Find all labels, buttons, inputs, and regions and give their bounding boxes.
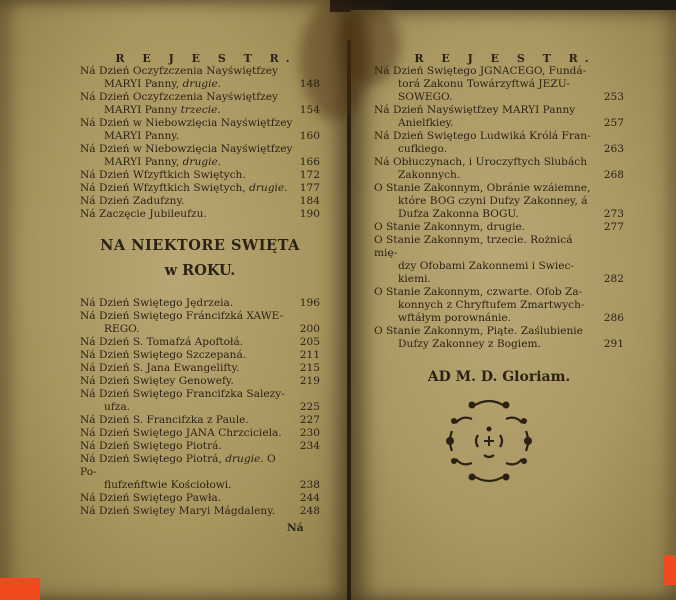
entry-ordinal: drugie. [225,453,263,465]
entry-title-line: cufkiego. [374,143,598,156]
page-number: 253 [598,91,624,104]
entry-title-line: Ná Dzień w Niebowzięcia Nayświętfzey [80,117,294,130]
toc-list: Ná Dzień Swiętego JGNACEGO, Fundá-torá Z… [374,65,624,351]
toc-entry: Ná Dzień w Niebowzięcia NayświętfzeyMARY… [80,117,320,143]
toc-entry: Ná Dzień w Niebowzięcia NayświętfzeyMARY… [80,143,320,169]
page-number: 268 [598,169,624,182]
tab-marker-left [0,578,40,600]
page-number: 263 [598,143,624,156]
entry-title-line: torá Zakonu Towárzyftwá JEZU- [374,78,598,91]
entry-title-line: O Stanie Zakonnym, czwarte. Ofob Za- [374,286,598,299]
tab-marker-right [664,555,676,585]
entry-title-line: Ná Dzień Swiętego Piotrá. [80,440,294,453]
toc-entry: Ná Dzień Swiętey Maryi Mágdaleny.248 [80,505,320,518]
entry-title-line: MARYI Panny trzecie. [80,104,294,117]
page-number: 211 [294,349,320,362]
toc-entry: Ná Dzień Nayświętfzey MARYI PannyAnielfk… [374,104,624,130]
page-number: 148 [294,78,320,91]
toc-entry: Ná Zaczęcie Jubileufzu.190 [80,208,320,221]
entry-title-line: Ná Dzień Swiętego Pawła. [80,492,294,505]
entry-title-line: Ná Dzień S. Francifzka z Paule. [80,414,294,427]
page-number: 166 [294,156,320,169]
toc-entry: Ná Dzień Wfzyftkich Swiętych, drugie.177 [80,182,320,195]
entry-title-line: SOWEGO. [374,91,598,104]
toc-entry: O Stanie Zakonnym, Obránie wzáiemne,któr… [374,182,624,221]
closing-line: AD M. D. Gloriam. [374,371,624,384]
entry-title-line: które BOG czyni Dufzy Zakonney, á [374,195,598,208]
page-number: 184 [294,195,320,208]
toc-entry: Ná Dzień S. Jana Ewangelifty.215 [80,362,320,375]
right-column: R E J E S T R. Ná Dzień Swiętego JGNACEG… [374,52,624,384]
toc-entry: Ná Dzień Swiętego Piotrá, drugie. O Po-f… [80,453,320,492]
entry-title-line: Ná Dzień Zadufzny. [80,195,294,208]
entry-title-line: Dufzy Zakonney z Bogiem. [374,338,598,351]
section-title: NA NIEKTORE SWIĘTA [80,239,320,252]
entry-title-line: Ná Dzień Oczyfzczenia Nayświętfzey [80,91,294,104]
page-number: 160 [294,130,320,143]
entry-title-line: O Stanie Zakonnym, drugie. [374,221,598,234]
toc-entry: Ná Dzień Oczyfzczenia NayświętfzeyMARYI … [80,65,320,91]
entry-title-line: Dufza Zakonna BOGU. [374,208,598,221]
page-number: 244 [294,492,320,505]
entry-title-line: REGO. [80,323,294,336]
entry-title-line: MARYI Panny, drugie. [80,156,294,169]
entry-title-line: Ná Dzień S. Jana Ewangelifty. [80,362,294,375]
entry-title-line: Ná Dzień Swiętey Maryi Mágdaleny. [80,505,294,518]
page-number: 291 [598,338,624,351]
toc-entry: Ná Dzień Swiętego Francifzka Salezy-ufza… [80,388,320,414]
entry-title-line: dzy Ofobami Zakonnemi i Swiec- [374,260,598,273]
toc-entry: Ná Dzień Swiętego Szczepaná.211 [80,349,320,362]
page-number: 219 [294,375,320,388]
entry-title-line: Ná Dzień Swiętego JANA Chrzciciela. [80,427,294,440]
toc-entry: Ná Dzień Oczyfzczenia NayświętfzeyMARYI … [80,91,320,117]
toc-entry: O Stanie Zakonnym, trzecie. Rożnicá mię-… [374,234,624,286]
page-number: 227 [294,414,320,427]
toc-entry: Ná Dzień Swiętey Genowefy.219 [80,375,320,388]
entry-title-line: flufzeńftwie Kościołowi. [80,479,294,492]
entry-title-line: ufza. [80,401,294,414]
running-head: R E J E S T R. [80,52,320,65]
entry-title-line: Ná Dzień Wfzyftkich Swiętych, drugie. [80,182,294,195]
entry-title-line: O Stanie Zakonnym, Obránie wzáiemne, [374,182,598,195]
page-number: 196 [294,297,320,310]
entry-title-line: Anielfkiey. [374,117,598,130]
toc-entry: Ná Dzień Swiętego JGNACEGO, Fundá-torá Z… [374,65,624,104]
toc-entry: Ná Obłuczynach, i Uroczyftych SlubáchZak… [374,156,624,182]
toc-entry: Ná Dzień Zadufzny.184 [80,195,320,208]
entry-title-line: Zakonnych. [374,169,598,182]
entry-title-line: Ná Dzień Swiętego Ludwiká Królá Fran- [374,130,598,143]
page-number: 205 [294,336,320,349]
page-number: 273 [598,208,624,221]
entry-title-line: Ná Dzień w Niebowzięcia Nayświętfzey [80,143,294,156]
entry-title-line: Ná Dzień Wfzyftkich Swiętych. [80,169,294,182]
page-number: 230 [294,427,320,440]
entry-title-line: Ná Obłuczynach, i Uroczyftych Slubách [374,156,598,169]
entry-title-line: Ná Zaczęcie Jubileufzu. [80,208,294,221]
entry-ordinal: drugie. [249,182,287,194]
entry-title-line: Ná Dzień Swiętey Genowefy. [80,375,294,388]
entry-title-line: Ná Dzień Oczyfzczenia Nayświętfzey [80,65,294,78]
toc-list-part1: Ná Dzień Oczyfzczenia NayświętfzeyMARYI … [80,65,320,221]
page-number: 190 [294,208,320,221]
page-number: 238 [294,479,320,492]
page-number: 172 [294,169,320,182]
toc-entry: Ná Dzień S. Francifzka z Paule.227 [80,414,320,427]
toc-entry: Ná Dzień Swiętego Piotrá.234 [80,440,320,453]
page-number: 234 [294,440,320,453]
page-number: 215 [294,362,320,375]
toc-entry: Ná Dzień Swiętego JANA Chrzciciela.230 [80,427,320,440]
entry-title-line: wftáłym porownánie. [374,312,598,325]
page-number: 257 [598,117,624,130]
section-subtitle: w ROKU. [80,264,320,277]
toc-entry: Ná Dzień Swiętego Jędrzeia.196 [80,297,320,310]
entry-title-line: Ná Dzień Swiętego Piotrá, drugie. O Po- [80,453,294,479]
catchword: Ná [287,522,304,534]
page-number: 248 [294,505,320,518]
page-number: 277 [598,221,624,234]
page-number: 282 [598,273,624,286]
entry-title-line: Ná Dzień Swiętego JGNACEGO, Fundá- [374,65,598,78]
entry-title-line: Ná Dzień Swiętego Szczepaná. [80,349,294,362]
page-number: 225 [294,401,320,414]
page-number: 177 [294,182,320,195]
entry-title-line: Ná Dzień Nayświętfzey MARYI Panny [374,104,598,117]
entry-ordinal: drugie. [183,78,221,90]
entry-title-line: Ná Dzień Swiętego Francifzka Salezy- [80,388,294,401]
entry-title-line: kiemi. [374,273,598,286]
entry-title-line: MARYI Panny. [80,130,294,143]
left-column: R E J E S T R. Ná Dzień Oczyfzczenia Nay… [80,52,320,518]
page-number: 200 [294,323,320,336]
toc-entry: Ná Dzień Swiętego Pawła.244 [80,492,320,505]
toc-entry: Ná Dzień S. Tomafzá Apoftołá.205 [80,336,320,349]
entry-title-line: O Stanie Zakonnym, trzecie. Rożnicá mię- [374,234,598,260]
entry-ordinal: trzecie. [181,104,221,116]
page-number: 286 [598,312,624,325]
entry-title-line: MARYI Panny, drugie. [80,78,294,91]
toc-entry: Ná Dzień Swiętego Ludwiká Królá Fran-cuf… [374,130,624,156]
page-number: 154 [294,104,320,117]
floral-ornament-icon [442,393,536,489]
running-head: R E J E S T R. [374,52,624,65]
entry-title-line: Ná Dzień S. Tomafzá Apoftołá. [80,336,294,349]
toc-entry: O Stanie Zakonnym, Piąte. ZaślubienieDuf… [374,325,624,351]
entry-title-line: O Stanie Zakonnym, Piąte. Zaślubienie [374,325,598,338]
toc-list-part2: Ná Dzień Swiętego Jędrzeia.196Ná Dzień S… [80,297,320,518]
toc-entry: O Stanie Zakonnym, czwarte. Ofob Za-konn… [374,286,624,325]
entry-title-line: Ná Dzień Swiętego Jędrzeia. [80,297,294,310]
toc-entry: Ná Dzień Wfzyftkich Swiętych.172 [80,169,320,182]
book-gutter [347,40,351,600]
entry-title-line: Ná Dzień Swiętego Fráncifzká XAWE- [80,310,294,323]
toc-entry: Ná Dzień Swiętego Fráncifzká XAWE-REGO.2… [80,310,320,336]
entry-ordinal: drugie. [183,156,221,168]
toc-entry: O Stanie Zakonnym, drugie.277 [374,221,624,234]
entry-title-line: konnych z Chryftufem Zmartwych- [374,299,598,312]
